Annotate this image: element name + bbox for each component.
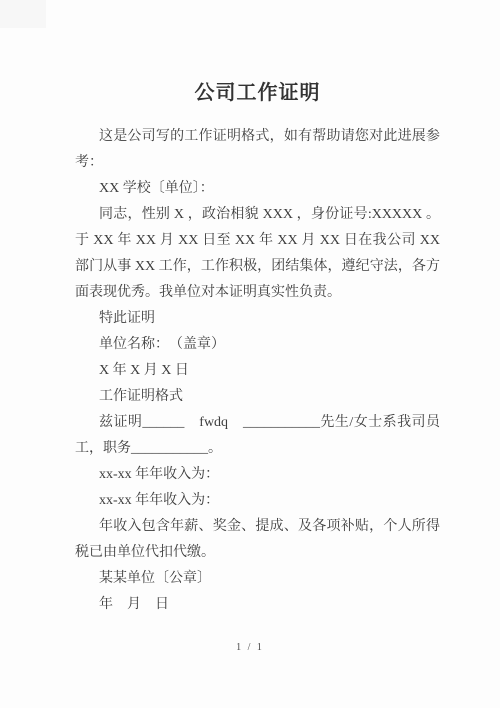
paragraph-date-placeholder: X 年 X 月 X 日 xyxy=(75,358,440,384)
paragraph-hereby-certify: 特此证明 xyxy=(75,306,440,332)
paragraph-main-statement: 同志，性别 X ，政治相貌 XXX ，身份证号:XXXXX 。于 XX 年 XX… xyxy=(75,202,440,306)
paragraph-annual-income-2: xx-xx 年年收入为： xyxy=(75,488,440,514)
paragraph-intro: 这是公司写的工作证明格式，如有帮助请您对此进展参考： xyxy=(75,124,440,176)
corner-shade xyxy=(0,0,46,28)
paragraph-recipient: XX 学校〔单位〕： xyxy=(75,176,440,202)
paragraph-date-line: 年 月 日 xyxy=(75,592,440,618)
paragraph-unit-name-seal: 单位名称： （盖章） xyxy=(75,332,440,358)
paragraph-certify-blanks: 兹证明______ fwdq ___________先生/女士系我司员工，职务_… xyxy=(75,410,440,462)
paragraph-format-heading: 工作证明格式 xyxy=(75,384,440,410)
document-body: 公司工作证明 这是公司写的工作证明格式，如有帮助请您对此进展参考： XX 学校〔… xyxy=(75,0,440,618)
document-page: 公司工作证明 这是公司写的工作证明格式，如有帮助请您对此进展参考： XX 学校〔… xyxy=(0,0,500,708)
page-number: 1 / 1 xyxy=(0,641,500,655)
paragraph-annual-income-1: xx-xx 年年收入为： xyxy=(75,462,440,488)
paragraph-income-note: 年收入包含年薪、奖金、提成、及各项补贴，个人所得税已由单位代扣代缴。 xyxy=(75,514,440,566)
document-title: 公司工作证明 xyxy=(75,80,440,107)
paragraph-unit-seal: 某某单位〔公章〕 xyxy=(75,566,440,592)
